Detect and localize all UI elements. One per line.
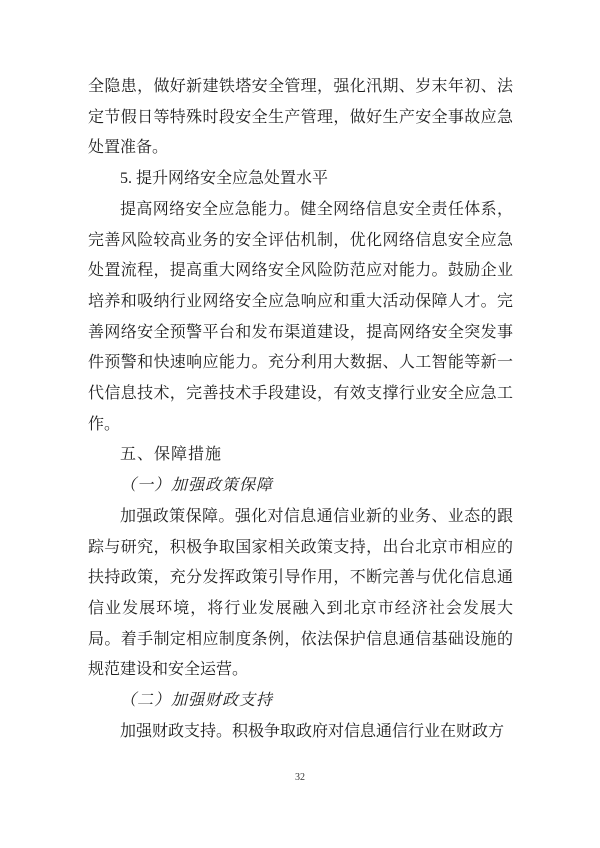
page-content: 全隐患，做好新建铁塔安全管理，强化汛期、岁末年初、法定节假日等特殊时段安全生产管… [88, 72, 513, 747]
paragraph-fiscal-support-partial: 加强财政支持。积极争取政府对信息通信行业在财政方 [88, 717, 513, 748]
page-number: 32 [0, 772, 600, 783]
heading-network-security-emergency: 5. 提升网络安全应急处置水平 [88, 164, 513, 195]
document-page: 全隐患，做好新建铁塔安全管理，强化汛期、岁末年初、法定节假日等特殊时段安全生产管… [0, 0, 600, 848]
heading-section-five-safeguards: 五、保障措施 [88, 440, 513, 471]
paragraph-policy-support: 加强政策保障。强化对信息通信业新的业务、业态的跟踪与研究，积极争取国家相关政策支… [88, 502, 513, 686]
paragraph-safety-continued: 全隐患，做好新建铁塔安全管理，强化汛期、岁末年初、法定节假日等特殊时段安全生产管… [88, 72, 513, 164]
paragraph-emergency-capability: 提高网络安全应急能力。健全网络信息安全责任体系，完善风险较高业务的安全评估机制，… [88, 195, 513, 441]
subheading-policy-support: （一）加强政策保障 [88, 471, 513, 502]
subheading-fiscal-support: （二）加强财政支持 [88, 686, 513, 717]
